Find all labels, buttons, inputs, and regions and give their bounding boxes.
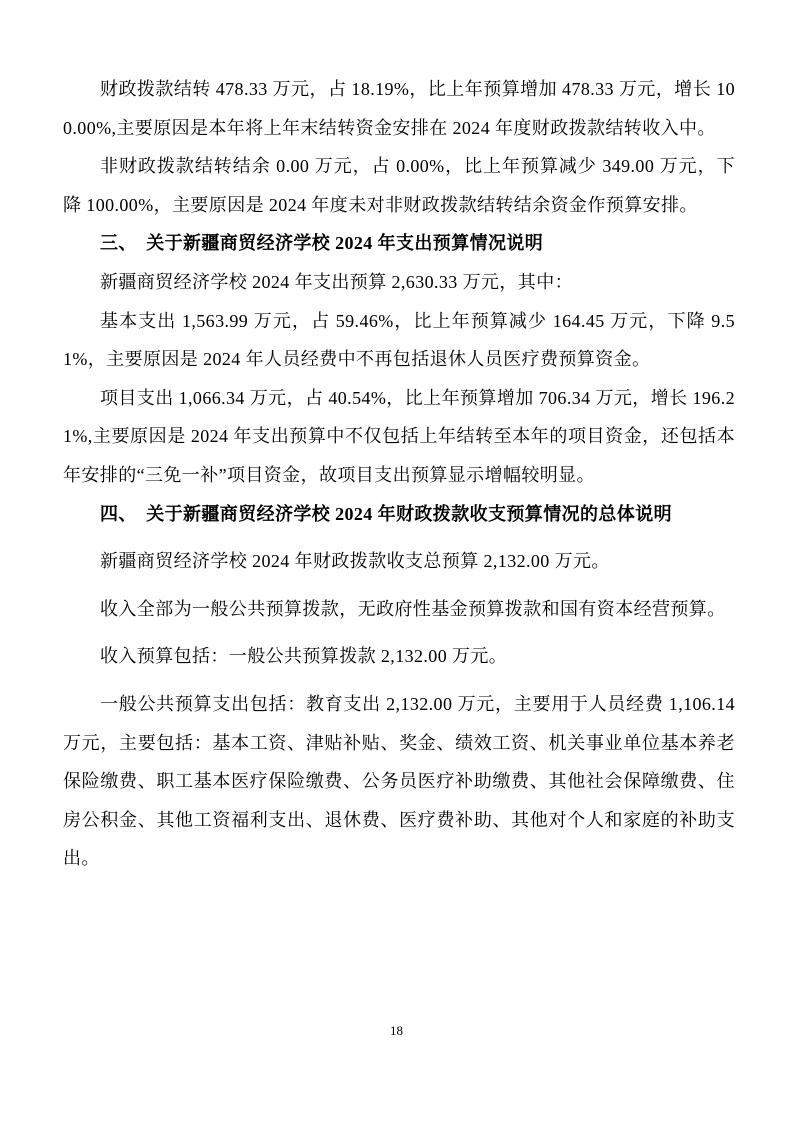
paragraph-expenditure-total: 新疆商贸经济学校 2024 年支出预算 2,630.33 万元，其中： — [63, 263, 735, 302]
paragraph-fiscal-total-budget: 新疆商贸经济学校 2024 年财政拨款收支总预算 2,132.00 万元。 — [63, 542, 735, 581]
document-body: 财政拨款结转 478.33 万元，占 18.19%，比上年预算增加 478.33… — [63, 70, 735, 878]
page-number: 18 — [390, 1023, 403, 1038]
paragraph-income-budget-includes: 收入预算包括：一般公共预算拨款 2,132.00 万元。 — [63, 637, 735, 676]
page-footer: 18 — [0, 1022, 793, 1040]
paragraph-basic-expenditure: 基本支出 1,563.99 万元，占 59.46%，比上年预算减少 164.45… — [63, 302, 735, 379]
paragraph-income-source: 收入全部为一般公共预算拨款，无政府性基金预算拨款和国有资本经营预算。 — [63, 590, 735, 629]
section-heading-3-expenditure-budget: 三、 关于新疆商贸经济学校 2024 年支出预算情况说明 — [63, 224, 735, 263]
paragraph-project-expenditure: 项目支出 1,066.34 万元，占 40.54%，比上年预算增加 706.34… — [63, 379, 735, 495]
paragraph-nonfiscal-carryover: 非财政拨款结转结余 0.00 万元，占 0.00%，比上年预算减少 349.00… — [63, 147, 735, 224]
paragraph-public-budget-expenditure-detail: 一般公共预算支出包括：教育支出 2,132.00 万元，主要用于人员经费 1,1… — [63, 685, 735, 878]
document-page: 财政拨款结转 478.33 万元，占 18.19%，比上年预算增加 478.33… — [0, 0, 793, 1122]
section-heading-4-fiscal-appropriation-overview: 四、 关于新疆商贸经济学校 2024 年财政拨款收支预算情况的总体说明 — [63, 495, 735, 534]
paragraph-fiscal-carryover: 财政拨款结转 478.33 万元，占 18.19%，比上年预算增加 478.33… — [63, 70, 735, 147]
